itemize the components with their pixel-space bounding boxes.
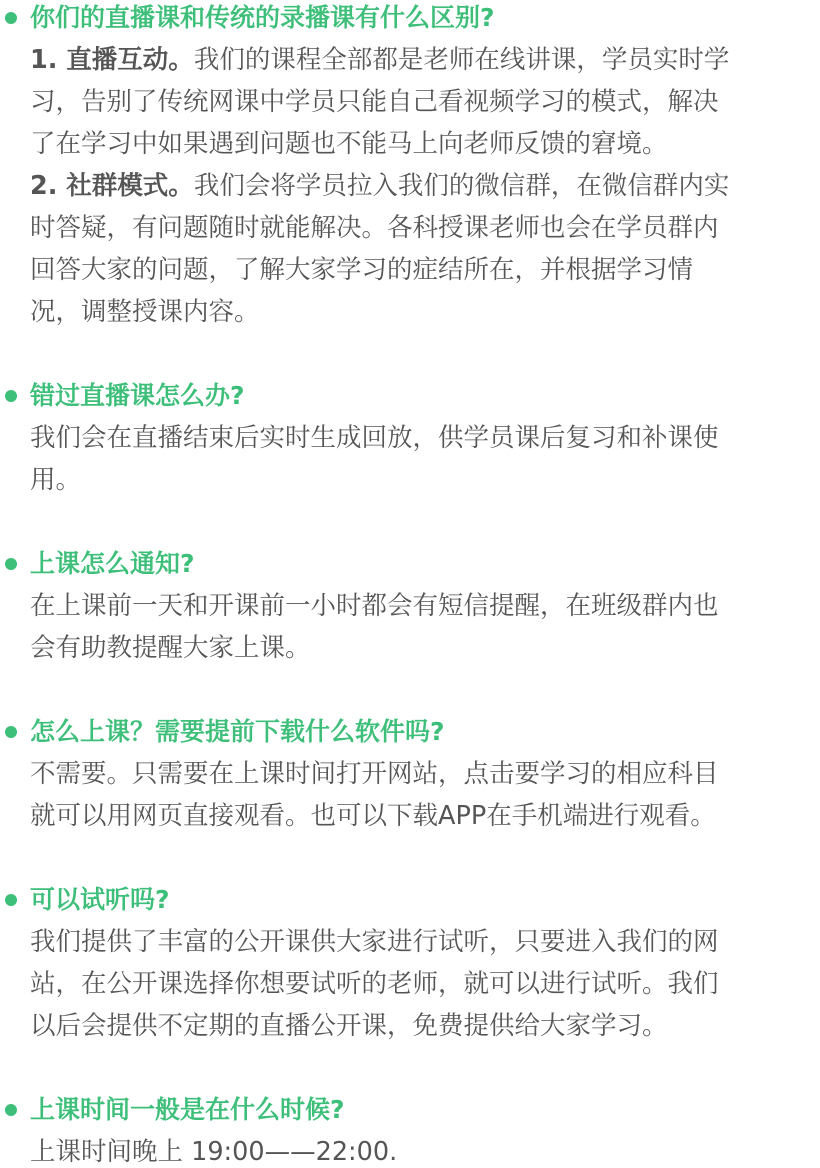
answer-line: 就可以用网页直接观看。也可以下载APP在手机端进行观看。 xyxy=(30,795,792,837)
answer-text: 了在学习中如果遇到问题也不能马上向老师反馈的窘境。 xyxy=(30,129,668,159)
answer-text: 我们会将学员拉入我们的微信群，在微信群内实 xyxy=(194,171,730,201)
answer-line: 不需要。只需要在上课时间打开网站，点击要学习的相应科目 xyxy=(30,753,792,795)
question-text: 上课怎么通知? xyxy=(30,549,195,578)
faq-question: 上课时间一般是在什么时候? xyxy=(0,1089,820,1131)
faq-item-class-time: 上课时间一般是在什么时候? 上课时间晚上 19:00——22:00. xyxy=(0,1089,820,1168)
answer-line: 在上课前一天和开课前一小时都会有短信提醒，在班级群内也 xyxy=(30,585,792,627)
faq-item-how-to-attend: 怎么上课？需要提前下载什么软件吗? 不需要。只需要在上课时间打开网站，点击要学习… xyxy=(0,711,820,837)
answer-point-title: 2. 社群模式。 xyxy=(30,171,194,201)
answer-line: 了在学习中如果遇到问题也不能马上向老师反馈的窘境。 xyxy=(30,123,792,165)
answer-line: 我们提供了丰富的公开课供大家进行试听，只要进入我们的网 xyxy=(30,921,792,963)
bullet-dot-icon xyxy=(5,558,17,570)
answer-text: 以后会提供不定期的直播公开课，免费提供给大家学习。 xyxy=(30,1011,668,1041)
answer-text: 时答疑，有问题随时就能解决。各科授课老师也会在学员群内 xyxy=(30,213,719,243)
answer-text: 习，告别了传统网课中学员只能自己看视频学习的模式，解决 xyxy=(30,87,719,117)
answer-text: 不需要。只需要在上课时间打开网站，点击要学习的相应科目 xyxy=(30,759,719,789)
answer-line: 我们会在直播结束后实时生成回放，供学员课后复习和补课使 xyxy=(30,417,792,459)
answer-text: 况，调整授课内容。 xyxy=(30,297,260,327)
answer-text: 上课时间晚上 19:00——22:00. xyxy=(30,1137,397,1167)
answer-text: 用。 xyxy=(30,465,81,495)
faq-answer: 不需要。只需要在上课时间打开网站，点击要学习的相应科目 就可以用网页直接观看。也… xyxy=(0,753,792,837)
answer-text: 站，在公开课选择你想要试听的老师，就可以进行试听。我们 xyxy=(30,969,719,999)
answer-line: 上课时间晚上 19:00——22:00. xyxy=(30,1131,792,1168)
bullet-dot-icon xyxy=(5,894,17,906)
answer-line: 以后会提供不定期的直播公开课，免费提供给大家学习。 xyxy=(30,1005,792,1047)
faq-question: 怎么上课？需要提前下载什么软件吗? xyxy=(0,711,820,753)
question-text: 错过直播课怎么办? xyxy=(30,381,245,410)
answer-line: 站，在公开课选择你想要试听的老师，就可以进行试听。我们 xyxy=(30,963,792,1005)
faq-question: 错过直播课怎么办? xyxy=(0,375,820,417)
answer-text: 就可以用网页直接观看。也可以下载APP在手机端进行观看。 xyxy=(30,801,716,831)
faq-question: 可以试听吗? xyxy=(0,879,820,921)
bullet-dot-icon xyxy=(5,726,17,738)
faq-question: 上课怎么通知? xyxy=(0,543,820,585)
faq-answer: 我们提供了丰富的公开课供大家进行试听，只要进入我们的网 站，在公开课选择你想要试… xyxy=(0,921,792,1047)
bullet-dot-icon xyxy=(5,1104,17,1116)
answer-text: 回答大家的问题，了解大家学习的症结所在，并根据学习情 xyxy=(30,255,693,285)
answer-line: 用。 xyxy=(30,459,792,501)
faq-item-trial-class: 可以试听吗? 我们提供了丰富的公开课供大家进行试听，只要进入我们的网 站，在公开… xyxy=(0,879,820,1047)
faq-answer: 上课时间晚上 19:00——22:00. xyxy=(0,1131,792,1168)
bullet-dot-icon xyxy=(5,390,17,402)
answer-line: 况，调整授课内容。 xyxy=(30,291,792,333)
faq-answer: 我们会在直播结束后实时生成回放，供学员课后复习和补课使 用。 xyxy=(0,417,792,501)
answer-text: 我们提供了丰富的公开课供大家进行试听，只要进入我们的网 xyxy=(30,927,719,957)
question-text: 上课时间一般是在什么时候? xyxy=(30,1095,345,1124)
answer-text: 在上课前一天和开课前一小时都会有短信提醒，在班级群内也 xyxy=(30,591,719,621)
faq-item-missed-live: 错过直播课怎么办? 我们会在直播结束后实时生成回放，供学员课后复习和补课使 用。 xyxy=(0,375,820,501)
faq-answer: 1. 直播互动。我们的课程全部都是老师在线讲课，学员实时学 习，告别了传统网课中… xyxy=(0,39,792,333)
answer-line: 回答大家的问题，了解大家学习的症结所在，并根据学习情 xyxy=(30,249,792,291)
answer-text: 会有助教提醒大家上课。 xyxy=(30,633,311,663)
question-text: 可以试听吗? xyxy=(30,885,170,914)
faq-answer: 在上课前一天和开课前一小时都会有短信提醒，在班级群内也 会有助教提醒大家上课。 xyxy=(0,585,792,669)
faq-item-live-vs-recorded: 你们的直播课和传统的录播课有什么区别? 1. 直播互动。我们的课程全部都是老师在… xyxy=(0,0,820,333)
answer-line: 1. 直播互动。我们的课程全部都是老师在线讲课，学员实时学 xyxy=(30,39,792,81)
answer-text: 我们会在直播结束后实时生成回放，供学员课后复习和补课使 xyxy=(30,423,719,453)
answer-point-title: 1. 直播互动。 xyxy=(30,45,194,75)
answer-line: 时答疑，有问题随时就能解决。各科授课老师也会在学员群内 xyxy=(30,207,792,249)
answer-line: 2. 社群模式。我们会将学员拉入我们的微信群，在微信群内实 xyxy=(30,165,792,207)
faq-question: 你们的直播课和传统的录播课有什么区别? xyxy=(0,0,820,39)
bullet-dot-icon xyxy=(5,12,17,24)
answer-line: 会有助教提醒大家上课。 xyxy=(30,627,792,669)
question-text: 怎么上课？需要提前下载什么软件吗? xyxy=(30,717,445,746)
answer-text: 我们的课程全部都是老师在线讲课，学员实时学 xyxy=(194,45,730,75)
question-text: 你们的直播课和传统的录播课有什么区别? xyxy=(30,3,495,32)
faq-item-class-notification: 上课怎么通知? 在上课前一天和开课前一小时都会有短信提醒，在班级群内也 会有助教… xyxy=(0,543,820,669)
answer-line: 习，告别了传统网课中学员只能自己看视频学习的模式，解决 xyxy=(30,81,792,123)
